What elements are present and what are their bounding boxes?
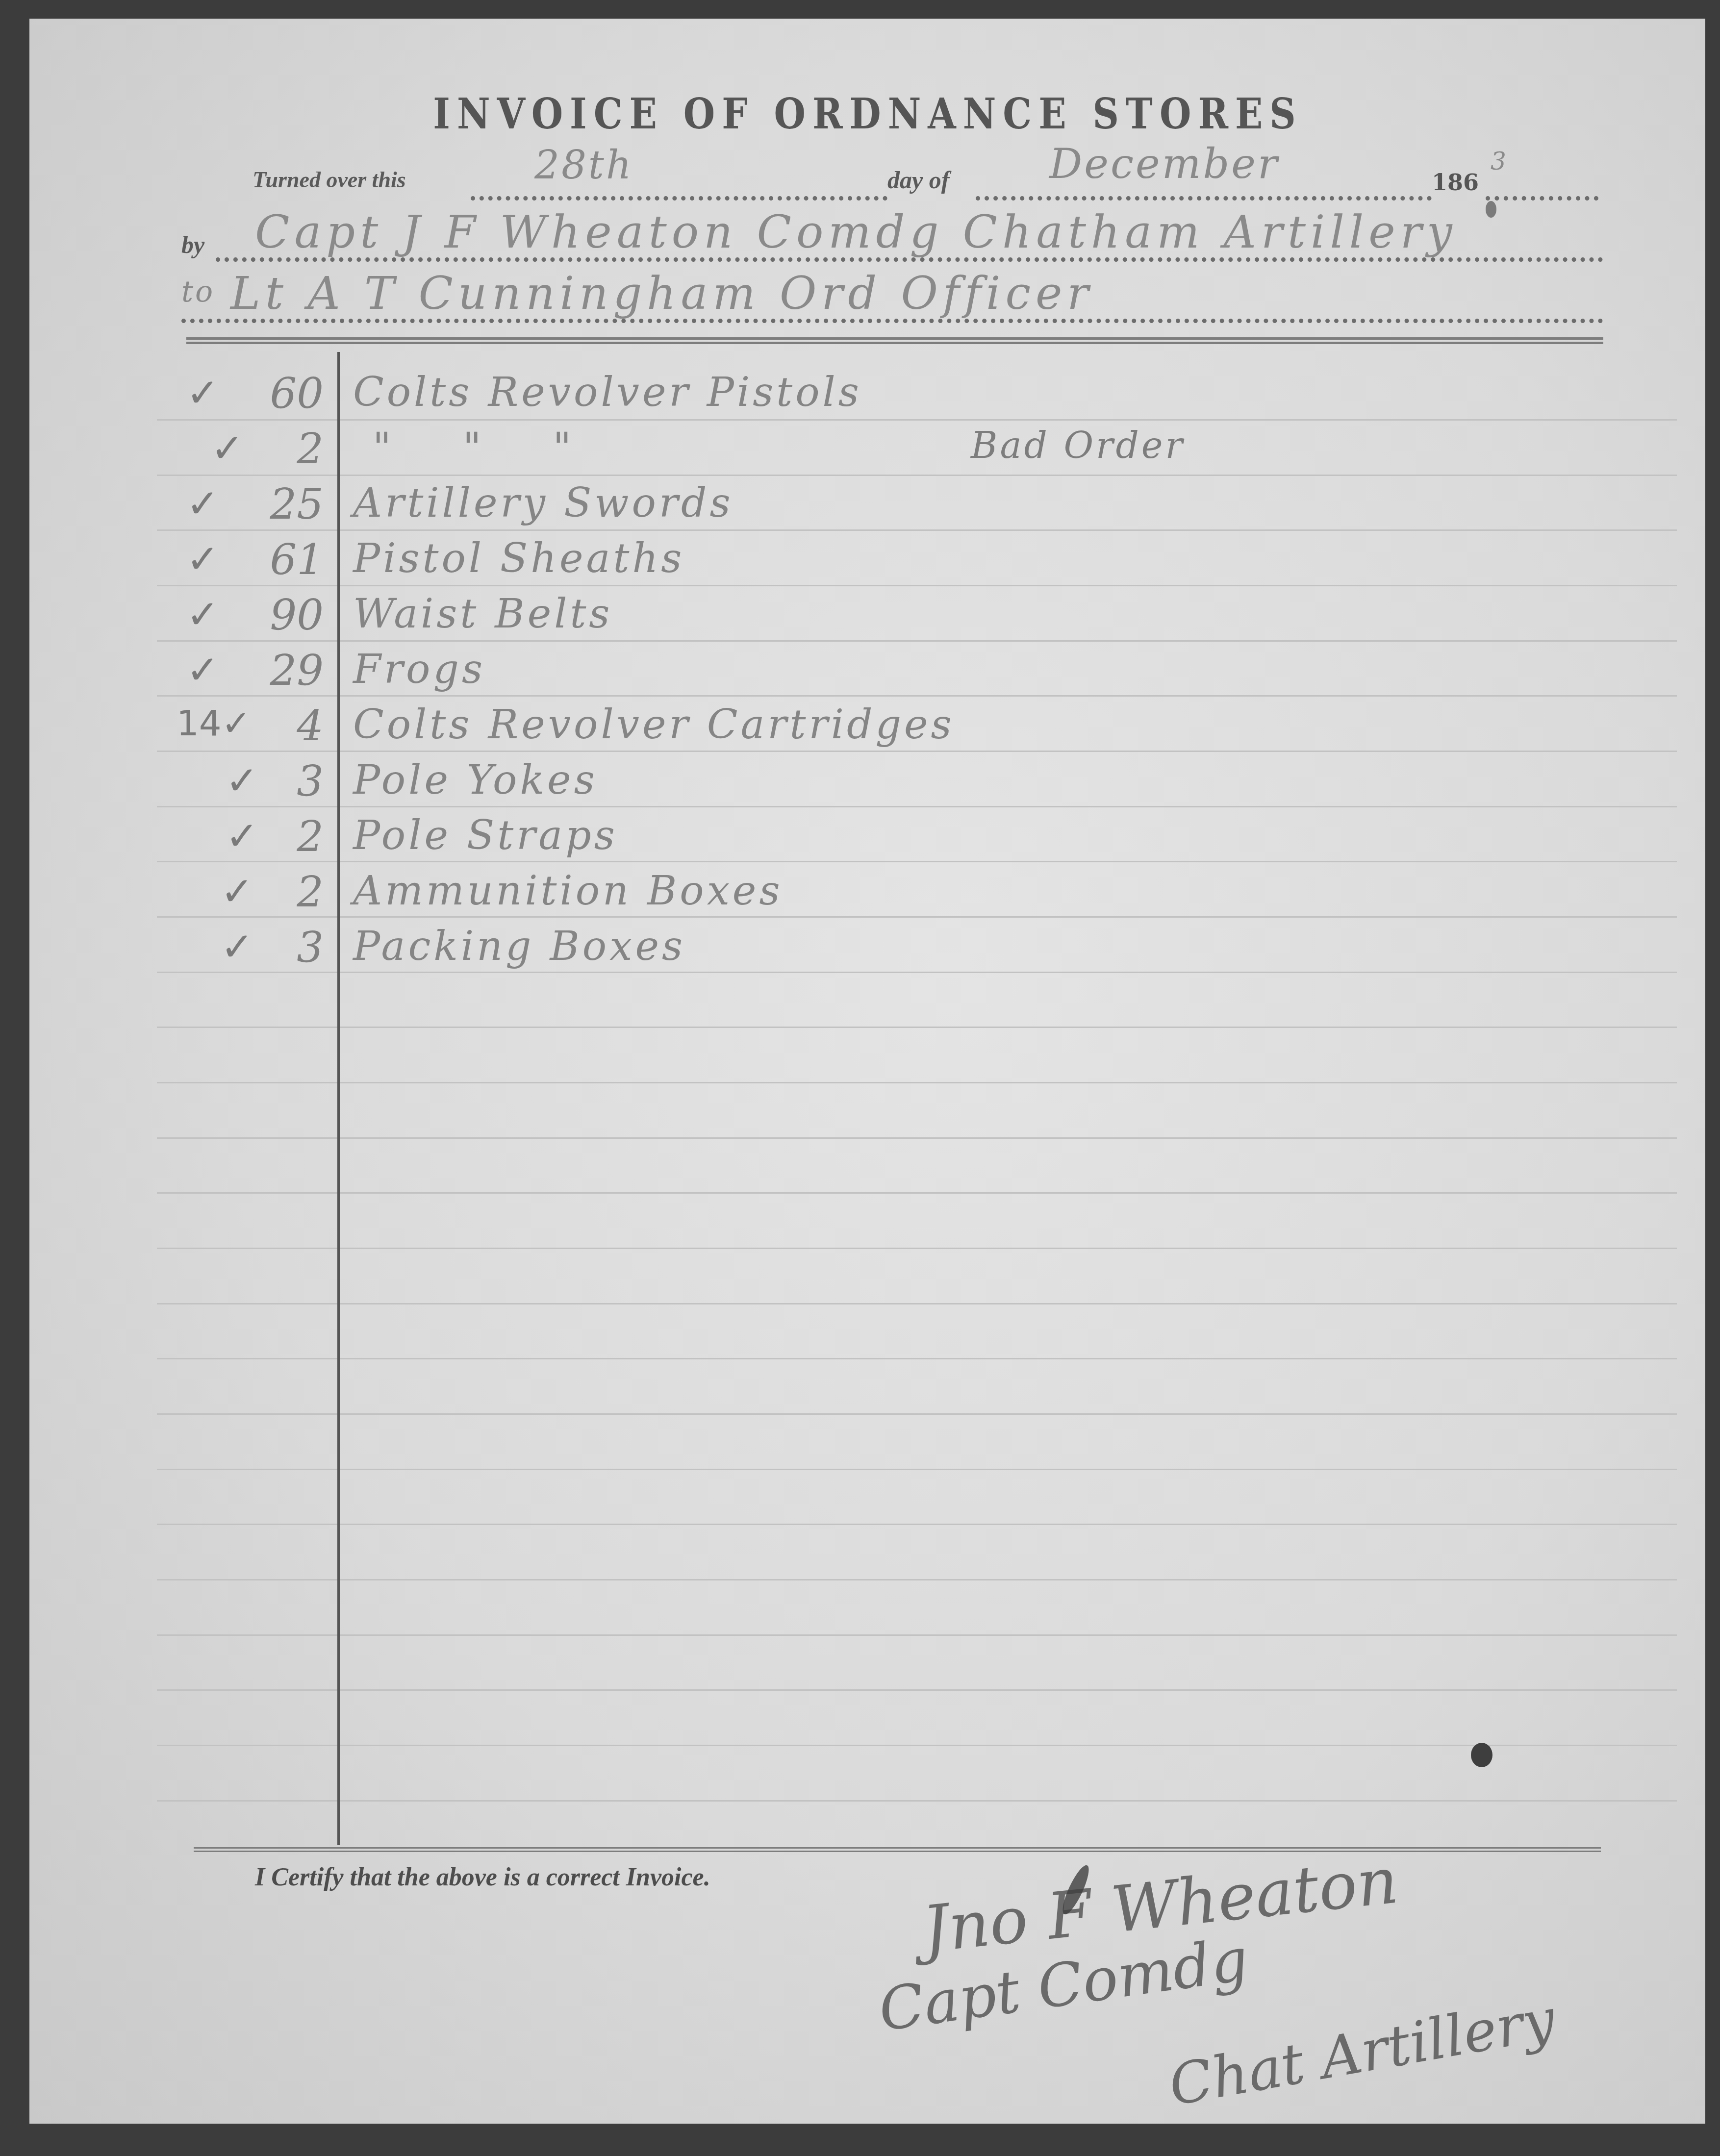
item-description: " " "	[373, 425, 601, 471]
item-note: Bad Order	[971, 425, 1185, 467]
year-suffix: 3	[1491, 147, 1508, 175]
item-row: ✓ 2 " " " Bad Order	[177, 421, 1647, 475]
item-row: ✓ 2 Ammunition Boxes	[177, 864, 1647, 918]
month-field-line	[976, 196, 1432, 201]
item-row: ✓ 29 Frogs	[177, 642, 1647, 696]
item-row: ✓ 3 Packing Boxes	[177, 919, 1647, 973]
header-double-rule	[186, 337, 1603, 344]
item-description: Pole Yokes	[353, 757, 598, 803]
item-description: Ammunition Boxes	[353, 868, 783, 914]
item-quantity: 90	[196, 591, 324, 640]
item-quantity: 3	[196, 757, 324, 806]
item-quantity: 29	[196, 646, 324, 695]
month-value: December	[1049, 140, 1279, 188]
item-quantity: 2	[196, 812, 324, 861]
item-description: Packing Boxes	[353, 923, 685, 970]
ruled-line	[157, 1745, 1677, 1746]
item-description: Waist Belts	[353, 591, 612, 637]
day-of-label: day of	[887, 166, 949, 194]
ruled-line	[157, 1192, 1677, 1194]
ruled-line	[157, 1137, 1677, 1139]
item-row: ✓ 60 Colts Revolver Pistols	[177, 365, 1647, 419]
ruled-line	[157, 1413, 1677, 1415]
ruled-line	[157, 1248, 1677, 1249]
to-value: Lt A T Cunningham Ord Officer	[230, 267, 1093, 320]
ink-blot	[1486, 201, 1496, 218]
item-row: ✓ 61 Pistol Sheaths	[177, 531, 1647, 585]
ruled-line	[157, 1082, 1677, 1083]
item-quantity: 2	[196, 868, 324, 917]
item-quantity: 2	[196, 425, 324, 474]
year-field-line	[1486, 196, 1598, 201]
ruled-line	[157, 1303, 1677, 1304]
item-description: Frogs	[353, 646, 485, 693]
invoice-document	[29, 19, 1705, 2124]
item-row: ✓ 25 Artillery Swords	[177, 476, 1647, 530]
item-row: 14✓ 4 Colts Revolver Cartridges	[177, 698, 1647, 752]
item-quantity: 25	[196, 480, 324, 529]
item-row: ✓ 3 Pole Yokes	[177, 753, 1647, 807]
ruled-line	[157, 1524, 1677, 1525]
day-field-line	[471, 196, 887, 201]
ruled-line	[157, 1358, 1677, 1359]
to-label: to	[181, 275, 215, 309]
ruled-line	[157, 1634, 1677, 1636]
day-value: 28th	[534, 142, 633, 188]
ruled-line	[157, 1689, 1677, 1691]
ruled-line	[157, 1469, 1677, 1470]
item-description: Pistol Sheaths	[353, 535, 684, 582]
by-value: Capt J F Wheaton Comdg Chatham Artillery	[255, 206, 1457, 258]
item-quantity: 60	[196, 369, 324, 418]
item-description: Pole Straps	[353, 812, 618, 859]
item-quantity: 3	[196, 923, 324, 972]
ruled-line	[157, 1027, 1677, 1028]
item-row: ✓ 2 Pole Straps	[177, 808, 1647, 862]
item-quantity: 61	[196, 535, 324, 584]
item-quantity: 4	[196, 702, 324, 751]
by-label: by	[181, 230, 204, 259]
item-description: Colts Revolver Cartridges	[353, 702, 955, 748]
ruled-line	[157, 1579, 1677, 1580]
turned-over-label: Turned over this	[253, 167, 406, 193]
item-description: Colts Revolver Pistols	[353, 369, 862, 416]
item-row: ✓ 90 Waist Belts	[177, 587, 1647, 641]
ink-blot	[1471, 1743, 1492, 1767]
item-description: Artillery Swords	[353, 480, 734, 526]
ruled-line	[157, 1800, 1677, 1802]
document-title: INVOICE OF ORDNANCE STORES	[0, 90, 1720, 139]
year-prefix: 186	[1432, 169, 1479, 196]
certify-statement: I Certify that the above is a correct In…	[255, 1863, 710, 1892]
